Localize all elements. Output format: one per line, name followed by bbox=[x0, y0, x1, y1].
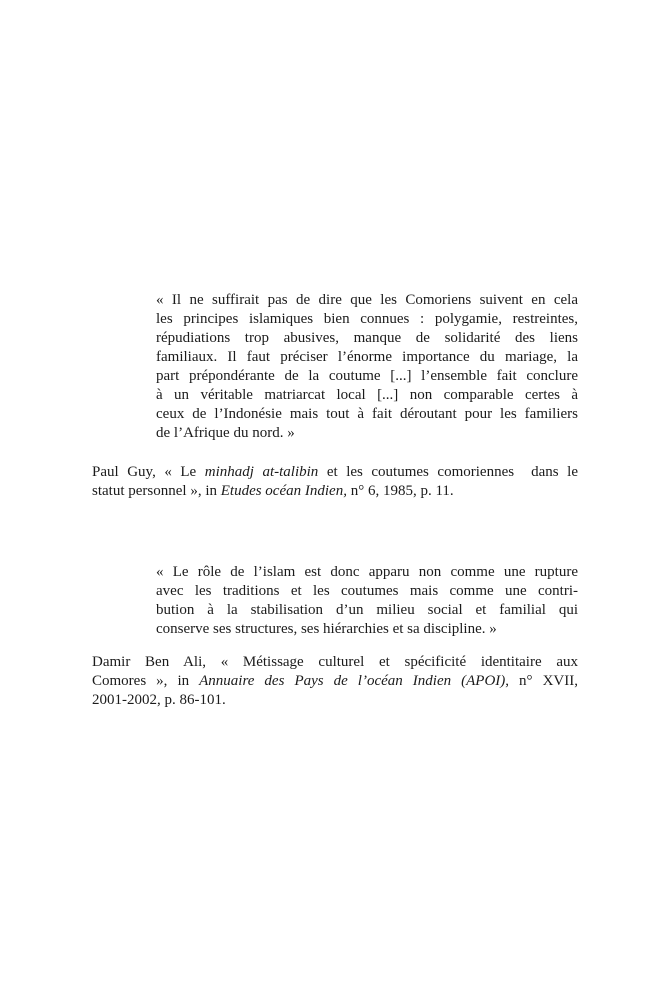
italic-text-segment: minhadj at-talibin bbox=[205, 464, 319, 480]
text-segment: statut personnel », in bbox=[92, 483, 221, 499]
text-line: ceux de l’Indonésie mais tout à fait dér… bbox=[156, 405, 578, 424]
text-segment: 2001-2002, p. 86-101. bbox=[92, 692, 226, 708]
text-line: bution à la stabilisation d’un milieu so… bbox=[156, 601, 578, 620]
text-segment: de l’Afrique du nord. » bbox=[156, 425, 295, 441]
blockquote-role-islam: « Le rôle de l’islam est donc apparu non… bbox=[156, 563, 578, 639]
text-line: à un véritable matriarcat local [...] no… bbox=[156, 386, 578, 405]
text-segment: à un véritable matriarcat local [...] no… bbox=[156, 387, 578, 403]
text-segment: avec les traditions et les coutumes mais… bbox=[156, 583, 578, 599]
text-line: conserve ses structures, ses hiérarchies… bbox=[156, 620, 578, 639]
text-line: part prépondérante de la coutume [...] l… bbox=[156, 367, 578, 386]
text-line: Comores », in Annuaire des Pays de l’océ… bbox=[92, 672, 578, 691]
text-segment: « Le rôle de l’islam est donc apparu non… bbox=[156, 564, 578, 580]
citation-damir-ben-ali: Damir Ben Ali, « Métissage culturel et s… bbox=[92, 653, 578, 710]
text-line: statut personnel », in Etudes océan Indi… bbox=[92, 482, 578, 501]
text-line: familiaux. Il faut préciser l’énorme imp… bbox=[156, 348, 578, 367]
text-segment: ceux de l’Indonésie mais tout à fait dér… bbox=[156, 406, 578, 422]
text-line: « Le rôle de l’islam est donc apparu non… bbox=[156, 563, 578, 582]
text-segment: bution à la stabilisation d’un milieu so… bbox=[156, 602, 578, 618]
text-line: les principes islamiques bien connues : … bbox=[156, 310, 578, 329]
italic-text-segment: Etudes océan Indien, bbox=[221, 483, 347, 499]
text-line: Damir Ben Ali, « Métissage culturel et s… bbox=[92, 653, 578, 672]
citation-paul-guy: Paul Guy, « Le minhadj at-talibin et les… bbox=[92, 463, 578, 501]
text-segment: , n° XVII, bbox=[505, 673, 578, 689]
text-segment: n° 6, 1985, p. 11. bbox=[347, 483, 454, 499]
text-line: de l’Afrique du nord. » bbox=[156, 424, 578, 443]
text-line: Paul Guy, « Le minhadj at-talibin et les… bbox=[92, 463, 578, 482]
text-segment: Damir Ben Ali, « Métissage culturel et s… bbox=[92, 654, 578, 670]
text-segment: les principes islamiques bien connues : … bbox=[156, 311, 578, 327]
text-line: répudiations trop abusives, manque de so… bbox=[156, 329, 578, 348]
text-line: 2001-2002, p. 86-101. bbox=[92, 691, 578, 710]
text-segment: « Il ne suffirait pas de dire que les Co… bbox=[156, 292, 578, 308]
text-line: « Il ne suffirait pas de dire que les Co… bbox=[156, 291, 578, 310]
text-segment: part prépondérante de la coutume [...] l… bbox=[156, 368, 578, 384]
text-segment: répudiations trop abusives, manque de so… bbox=[156, 330, 578, 346]
text-segment: conserve ses structures, ses hiérarchies… bbox=[156, 621, 497, 637]
text-line: avec les traditions et les coutumes mais… bbox=[156, 582, 578, 601]
document-page: « Il ne suffirait pas de dire que les Co… bbox=[0, 0, 650, 1007]
text-segment: Comores », in bbox=[92, 673, 199, 689]
blockquote-comoriens-coutumes: « Il ne suffirait pas de dire que les Co… bbox=[156, 291, 578, 443]
text-segment: familiaux. Il faut préciser l’énorme imp… bbox=[156, 349, 578, 365]
text-segment: et les coutumes comoriennes dans le bbox=[318, 464, 578, 480]
text-segment: Paul Guy, « Le bbox=[92, 464, 205, 480]
italic-text-segment: Annuaire des Pays de l’océan Indien (APO… bbox=[199, 673, 505, 689]
